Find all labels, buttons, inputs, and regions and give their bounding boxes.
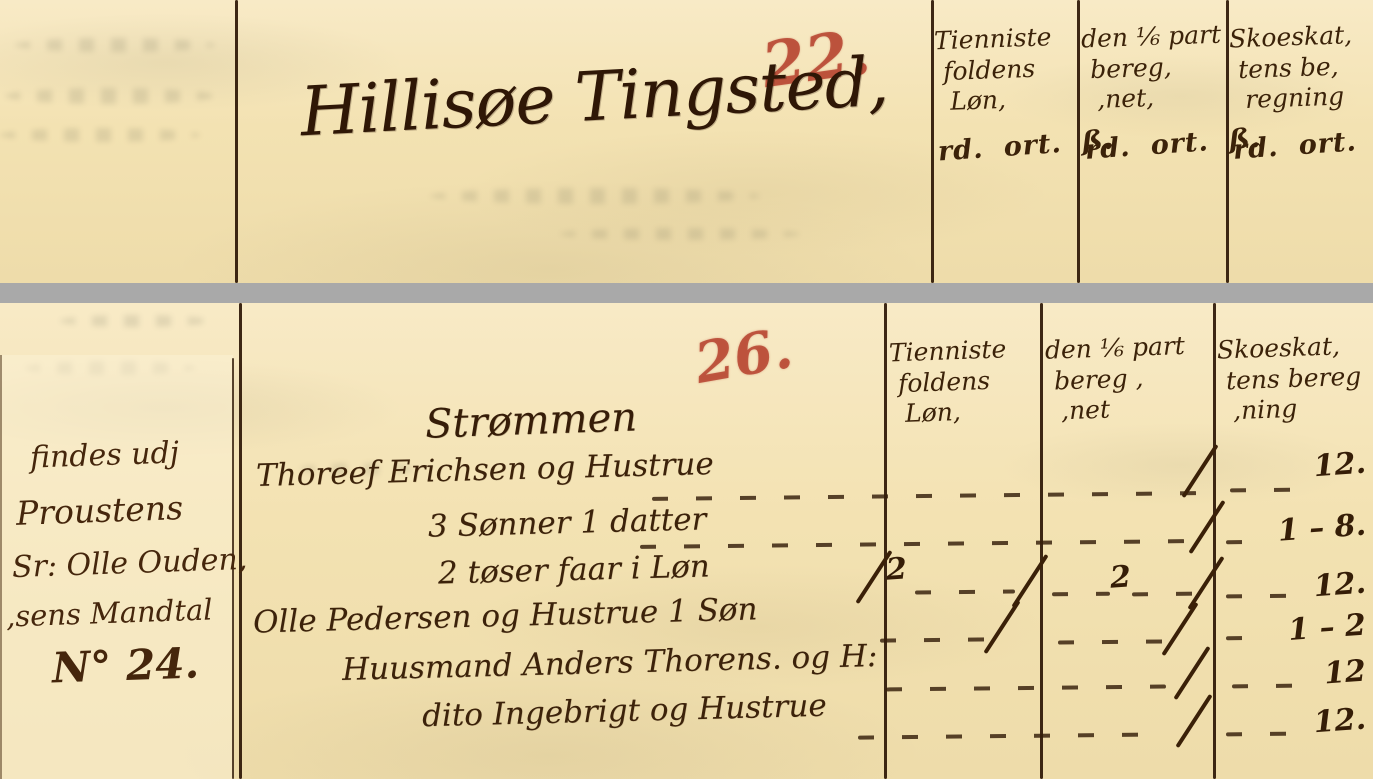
manuscript-bottom-strip: 26. findes udj Proustens Sr: Olle Ouden,… <box>0 303 1373 779</box>
shoe-tax-amount: 1 – 8. <box>1239 508 1367 552</box>
header-line: ,net <box>1047 391 1208 427</box>
dash-leader <box>1058 639 1166 644</box>
dash-leader <box>652 491 1197 501</box>
bleedthrough-mark <box>15 38 215 52</box>
header-line: foldens <box>890 364 1031 399</box>
shoe-tax-amount: 12 <box>1239 654 1367 698</box>
shoe-tax-amount: 12. <box>1239 446 1367 490</box>
column-rule-line <box>884 303 887 779</box>
column-header-servants-wages: Tienniste foldens Løn, rd. ort. ß. <box>934 22 1071 167</box>
dash-leader <box>1132 592 1198 597</box>
tally-slash <box>1161 602 1198 656</box>
margin-note-line: Proustens <box>15 488 183 533</box>
bleedthrough-mark <box>560 228 800 240</box>
header-line: tens be, <box>1230 50 1371 85</box>
tally-slash <box>1188 500 1225 554</box>
tally-slash <box>983 600 1020 654</box>
header-line: Tienniste <box>934 22 1067 57</box>
manuscript-top-strip: 22. Hillisøe Tingsted, Tienniste foldens… <box>0 0 1373 283</box>
ledger-row-name: 3 Sønner 1 datter <box>428 501 707 544</box>
column-header-shoe-tax: Skoeskat, tens bereg ,ning <box>1216 330 1369 427</box>
margin-note-reference-number: N° 24. <box>51 638 200 692</box>
shoe-tax-amount: 12. <box>1239 566 1367 610</box>
ledger-row-name: Thoreef Erichsen og Hustrue <box>256 446 715 494</box>
bleedthrough-mark <box>60 315 210 327</box>
scan-divider-band <box>0 283 1373 303</box>
currency-units: rd. ort. ß. <box>1232 125 1373 168</box>
header-line: Tienniste <box>888 334 1029 369</box>
bleedthrough-mark <box>430 188 760 204</box>
header-line: foldens <box>935 52 1068 87</box>
ledger-row-name: 2 tøser faar i Løn <box>438 548 711 591</box>
dash-leader <box>858 732 1163 739</box>
dash-leader <box>880 637 992 642</box>
shoe-tax-amount: 1 – 2 <box>1239 608 1367 652</box>
sixth-part-amount: 2 <box>1109 559 1132 595</box>
dash-leader <box>1052 592 1110 597</box>
header-line: Skoeskat, <box>1229 20 1370 55</box>
currency-units: rd. ort. ß. <box>1084 125 1226 168</box>
header-line: Løn, <box>891 395 1032 430</box>
margin-note-line: ,sens Mandtal <box>5 592 213 633</box>
currency-units: rd. ort. ß. <box>937 127 1071 169</box>
column-header-servants-wages: Tienniste foldens Løn, <box>888 334 1031 430</box>
column-header-shoe-tax: Skoeskat, tens be, regning rd. ort. ß. <box>1229 20 1373 165</box>
dash-leader <box>915 589 1015 594</box>
header-line: Løn, <box>936 83 1069 118</box>
ledger-row-name: Olle Pedersen og Hustrue 1 Søn <box>253 591 758 640</box>
header-line: tens bereg <box>1218 361 1369 397</box>
margin-note-line: findes udj <box>29 435 179 475</box>
ledger-row-name: dito Ingebrigt og Hustrue <box>422 688 828 735</box>
wages-amount: 2 <box>885 551 908 587</box>
folio-number-red: 26. <box>690 315 797 397</box>
header-line: bereg, <box>1082 50 1223 85</box>
tally-slash <box>1175 694 1212 748</box>
farm-name-heading: Strømmen <box>424 394 637 447</box>
bleedthrough-mark <box>0 128 200 142</box>
dash-leader <box>640 539 1185 549</box>
tally-slash <box>1173 646 1210 700</box>
header-line: regning <box>1231 81 1372 116</box>
bleedthrough-mark <box>5 88 215 104</box>
dash-leader <box>886 685 1166 692</box>
column-rule-line <box>1213 303 1216 779</box>
column-header-sixth-part: den ⅙ part bereg , ,net <box>1044 330 1207 427</box>
header-line: den ⅙ part <box>1081 20 1222 55</box>
shoe-tax-amount: 12. <box>1239 702 1367 746</box>
margin-rule-line <box>235 0 238 283</box>
page-title: Hillisøe Tingsted, <box>298 43 889 153</box>
column-header-sixth-part: den ⅙ part bereg, ,net, rd. ort. ß. <box>1081 20 1226 165</box>
header-line: den ⅙ part <box>1044 330 1205 366</box>
tally-slash <box>1187 556 1224 610</box>
margin-rule-line <box>239 303 242 779</box>
header-line: ,net, <box>1083 81 1224 116</box>
header-line: ,ning <box>1219 391 1370 427</box>
ledger-row-name: Huusmand Anders Thorens. og H: <box>342 638 878 688</box>
